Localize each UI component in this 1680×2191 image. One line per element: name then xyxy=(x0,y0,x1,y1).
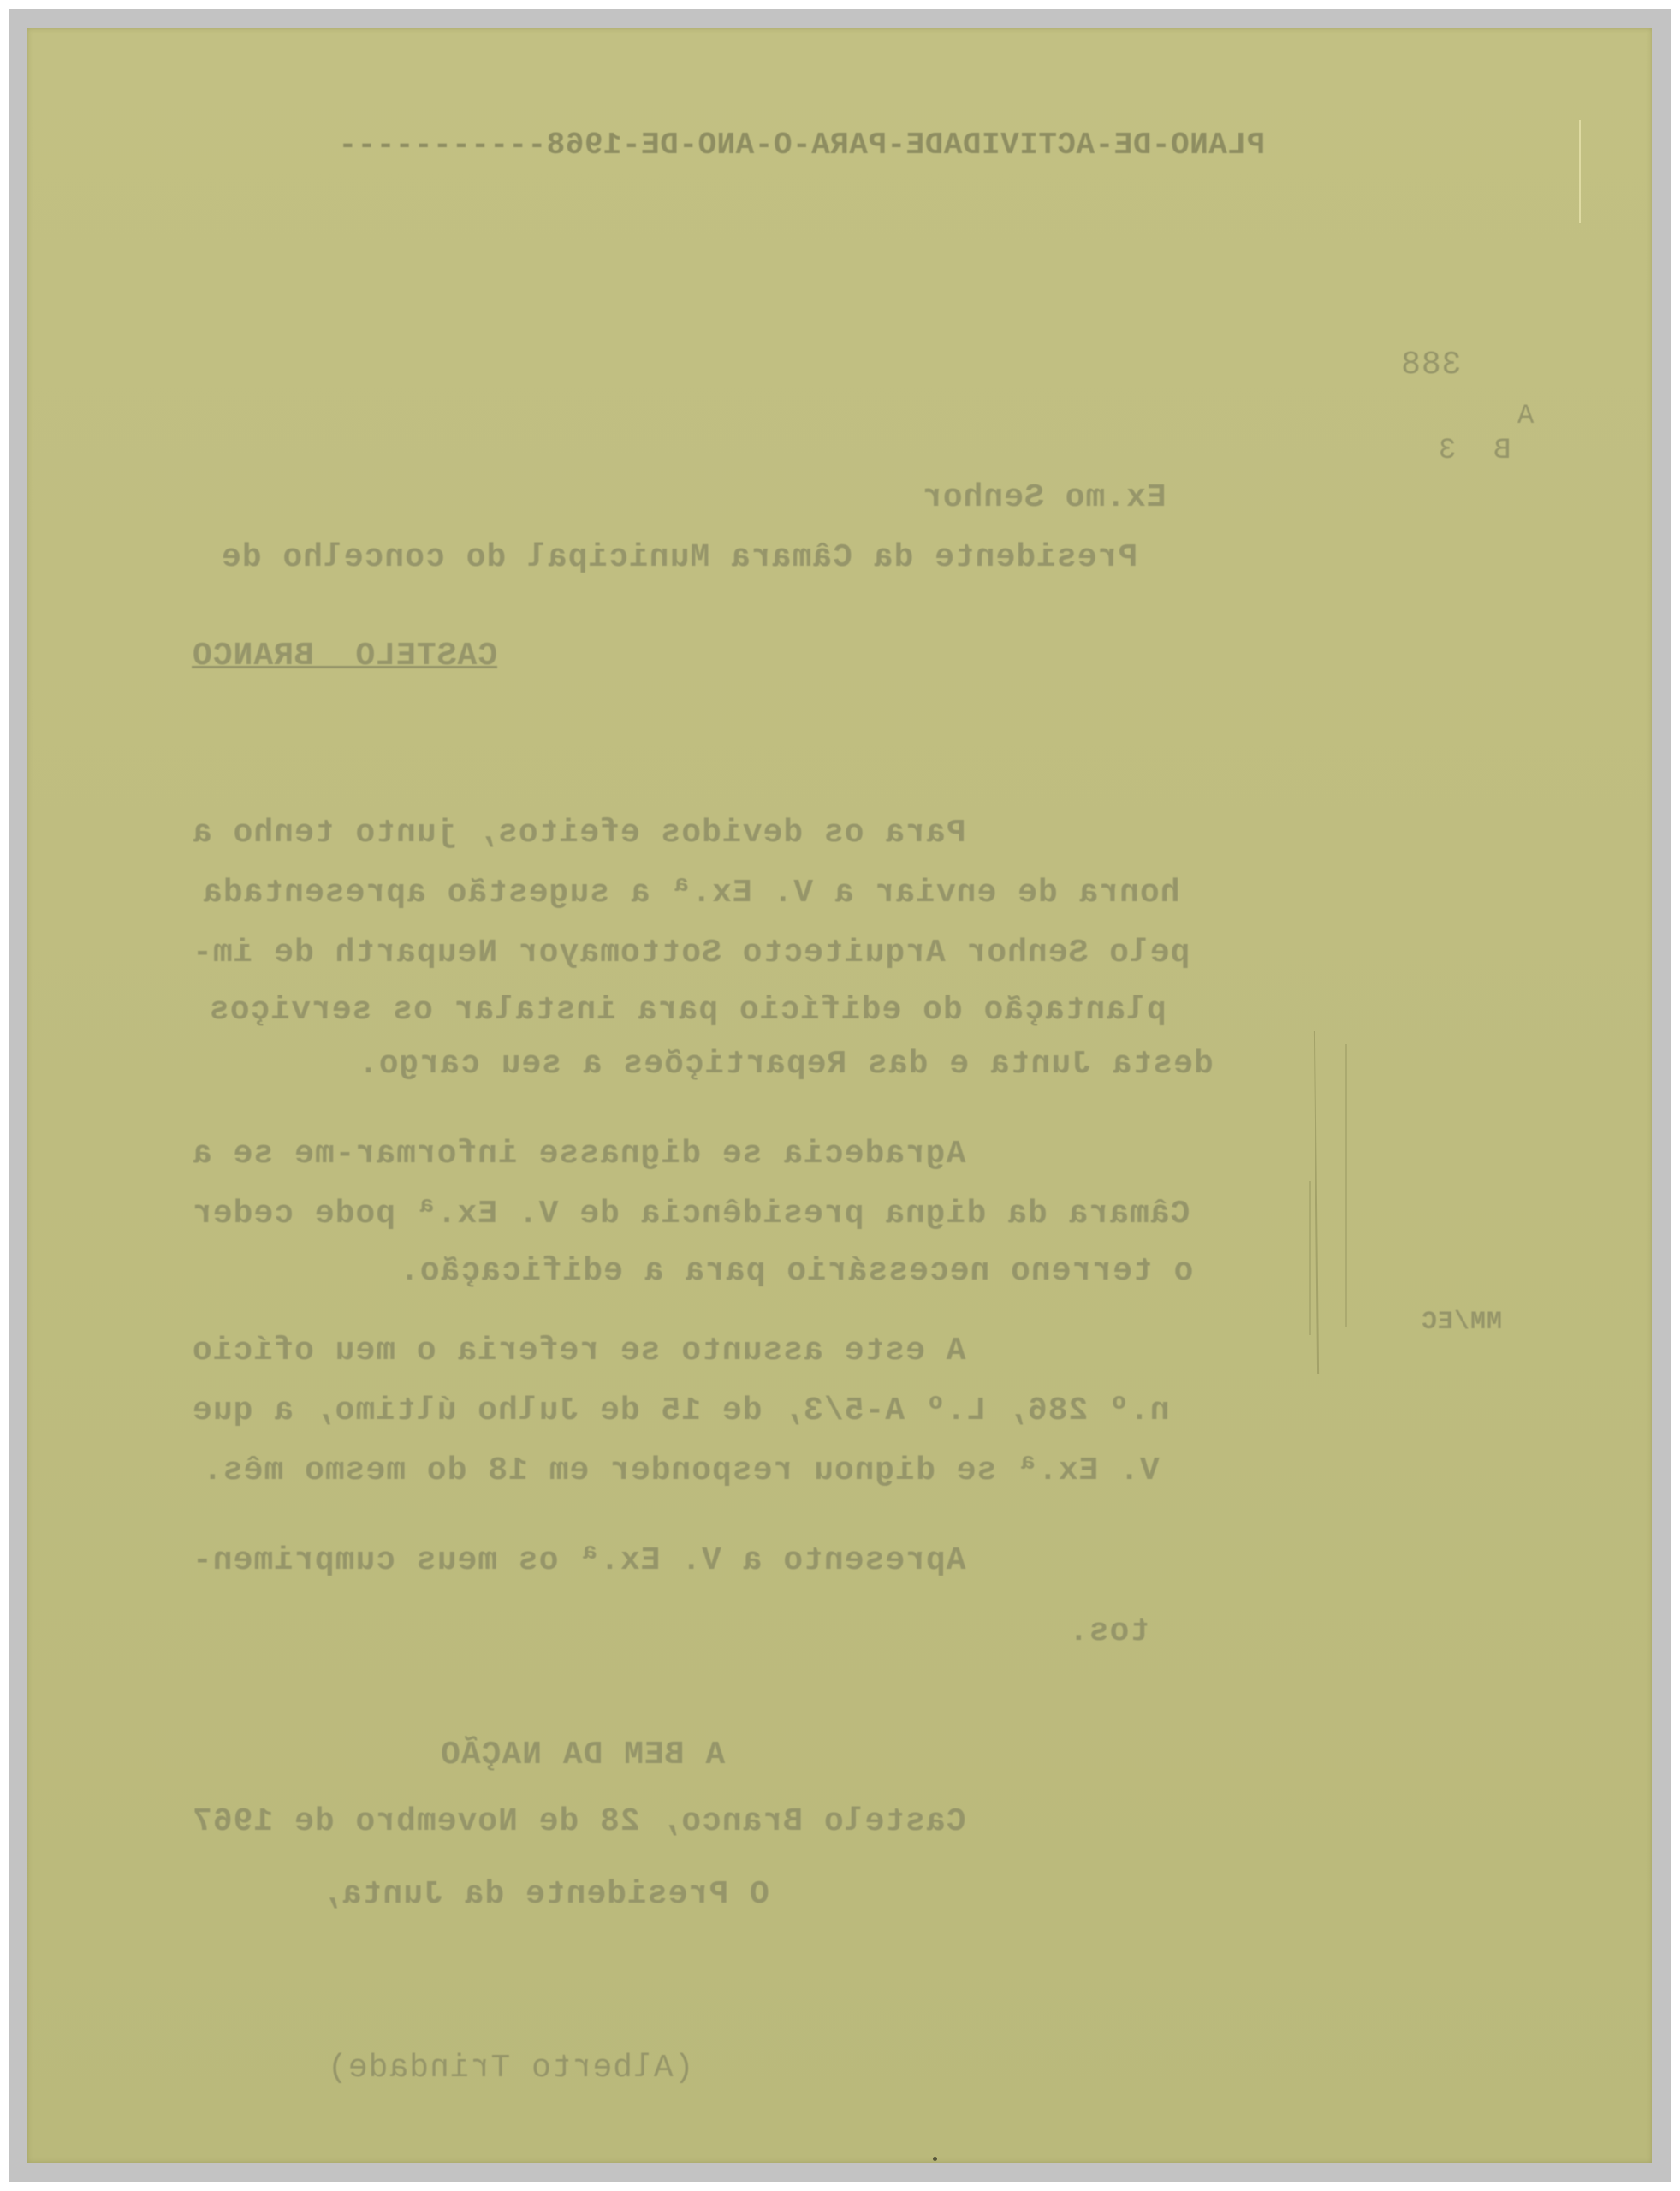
body-line: pelo Senhor Arquitecto Sottomayor Neupar… xyxy=(192,937,1190,970)
body-line: A este assunto se referia o meu ofício xyxy=(192,1335,966,1368)
ink-dot xyxy=(933,2157,937,2161)
document-heading: PLANO-DE-ACTIVIDADE-PARA-O-ANO-DE-1968--… xyxy=(338,130,1265,161)
closing-salute: A BEM DA NAÇÃO xyxy=(440,1739,725,1772)
signature-name: (Alberto Trindade) xyxy=(327,2052,693,2085)
signature-title: O Presidente da Junta, xyxy=(321,1879,769,1911)
body-line: Câmara da digna presidência de V. Ex.ª p… xyxy=(192,1198,1190,1231)
body-line: Agradecia se dignasse informar-me se a xyxy=(192,1138,966,1171)
recipient: Presidente da Câmara Municipal do concel… xyxy=(221,542,1137,574)
date-line: Castelo Branco, 28 de Novembro de 1967 xyxy=(192,1806,966,1838)
body-line: Apresento a V. Ex.ª os meus cumprimen- xyxy=(192,1545,966,1577)
body-line: o terreno necessário para a edificação. xyxy=(399,1256,1193,1288)
staple-mark xyxy=(1579,120,1588,223)
body-line: tos. xyxy=(1068,1616,1149,1648)
reference-code-b: B 3 xyxy=(1438,436,1511,466)
body-line: plantação do edifício para instalar os s… xyxy=(209,995,1167,1027)
paper-crease xyxy=(1345,1044,1347,1327)
body-line: Para os devidos efeitos, junto tenho a xyxy=(192,817,966,850)
salutation: Ex.mo Senhor xyxy=(922,482,1167,514)
recipient-place: CASTELO BRANCO xyxy=(192,640,497,673)
reference-code-a: A xyxy=(1517,402,1534,430)
body-line: V. Ex.ª se dignou responder em 18 do mes… xyxy=(202,1455,1160,1487)
margin-initials: MM/EC xyxy=(1421,1309,1502,1335)
paper-crease xyxy=(1309,1181,1311,1335)
reference-number: 388 xyxy=(1400,349,1461,382)
body-line: honra de enviar a V. Ex.ª a sugestão apr… xyxy=(202,877,1180,910)
body-line: n.º 286, L.º A-5/3, de 15 de Julho últim… xyxy=(192,1395,1170,1428)
body-line: desta Junta e das Repartições a seu carg… xyxy=(358,1048,1214,1081)
